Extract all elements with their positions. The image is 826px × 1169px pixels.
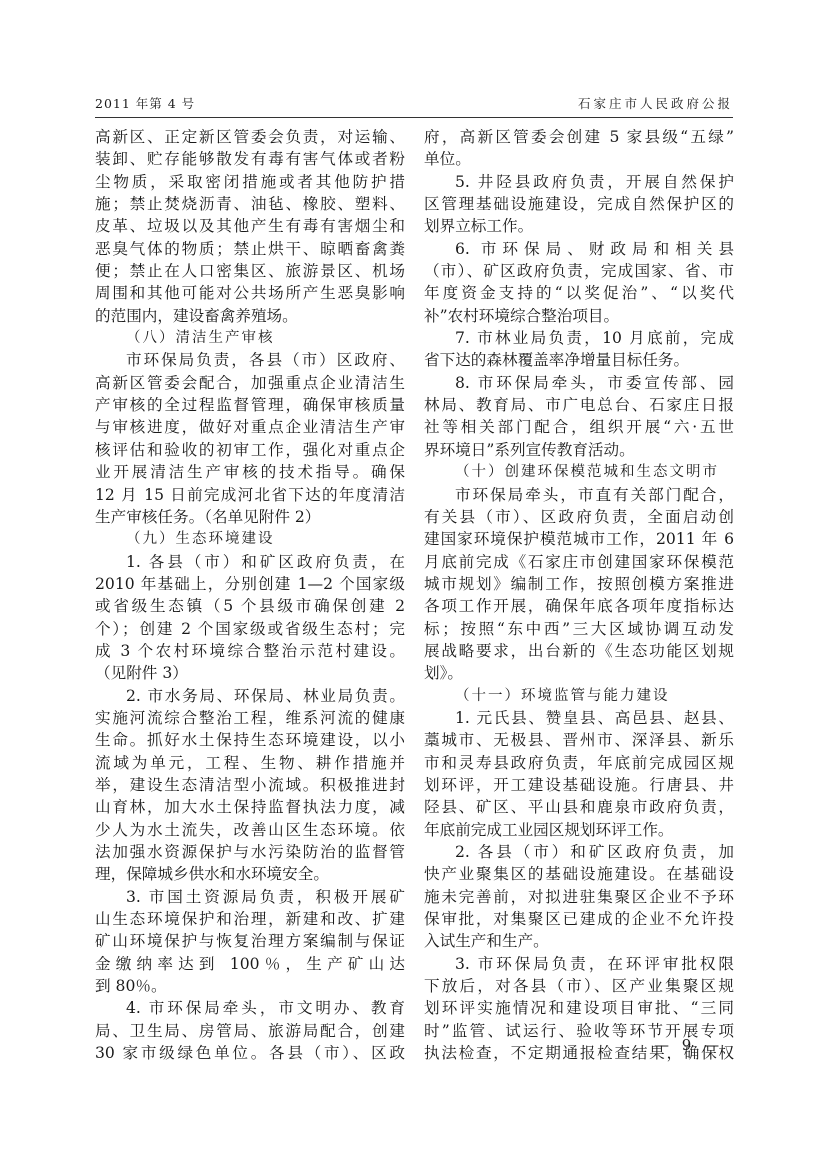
issue-label: 2011 年第 4 号	[95, 94, 195, 112]
body-text-line: 施；禁止焚烧沥青、油毡、橡胶、塑料、	[95, 193, 405, 215]
section-heading: （十）创建环保模范城和生态文明市	[424, 461, 734, 483]
body-text-line: 个）；创建 2 个国家级或省级生态村；完	[95, 618, 405, 640]
body-text-line: 府，高新区管委会创建 5 家县级“五绿”	[424, 126, 734, 148]
paragraph-start-line: 2. 各县（市）和矿区政府负责，加	[424, 841, 734, 863]
paragraph-start-line: 4. 市环保局牵头，市文明办、教育	[95, 997, 405, 1019]
section-heading: （十一）环境监管与能力建设	[424, 685, 734, 707]
paragraph-end-line: 理，保障城乡供水和水环境安全。	[95, 863, 405, 885]
paragraph-start-line: 2. 市水务局、环保局、林业局负责。	[95, 685, 405, 707]
body-text-line: 生命。抓好水土保持生态环境建设，以小	[95, 729, 405, 751]
body-text-line: 产审核的全过程监督管理，确保审核质量	[95, 394, 405, 416]
body-text-line: 金缴纳率达到 100％，生产矿山达	[95, 953, 405, 975]
body-text-line: 装卸、贮存能够散发有毒有害气体或者粉	[95, 148, 405, 170]
body-text-line: 划环评实施情况和建设项目审批、“三同	[424, 997, 734, 1019]
paragraph-start-line: 1. 各县（市）和矿区政府负责，在	[95, 551, 405, 573]
body-text-line: 或省级生态镇（5 个县级市确保创建 2	[95, 595, 405, 617]
paragraph-end-line: 到 80％。	[95, 975, 405, 997]
body-text-line: 标；按照“东中西”三大区域协调互动发	[424, 618, 734, 640]
paragraph-start-line: 市环保局牵头，市直有关部门配合，	[424, 484, 734, 506]
paragraph-start-line: 市环保局负责，各县（市）区政府、	[95, 349, 405, 371]
body-text-line: 周围和其他可能对公共场所产生恶臭影响	[95, 282, 405, 304]
body-text-line: 展战略要求，出台新的《生态功能区划规	[424, 640, 734, 662]
body-text-line: 施未完善前，对拟进驻集聚区企业不予环	[424, 886, 734, 908]
body-text-line: 月底前完成《石家庄市创建国家环保模范	[424, 551, 734, 573]
paragraph-end-line: 界环境日”系列宣传教育活动。	[424, 439, 734, 461]
body-text-line: 12 月 15 日前完成河北省下达的年度清洁	[95, 484, 405, 506]
section-heading: （九）生态环境建设	[95, 528, 405, 550]
body-text-line: 市和灵寿县政府负责，年底前完成园区规	[424, 752, 734, 774]
body-text-line: 30 家市级绿色单位。各县（市）、区政	[95, 1042, 405, 1064]
left-column: 高新区、正定新区管委会负责，对运输、装卸、贮存能够散发有毒有害气体或者粉尘物质，…	[95, 126, 405, 1064]
paragraph-end-line: 的范围内，建设畜禽养殖场。	[95, 305, 405, 327]
body-text-line: 矿山环境保护与恢复治理方案编制与保证	[95, 930, 405, 952]
body-text-line: 恶臭气体的物质；禁止烘干、晾晒畜禽粪	[95, 238, 405, 260]
page-number: — 9 —	[654, 1036, 723, 1054]
body-text-line: 高新区管委会配合，加强重点企业清洁生	[95, 372, 405, 394]
body-text-line: 便；禁止在人口密集区、旅游景区、机场	[95, 260, 405, 282]
paragraph-start-line: 6. 市环保局、财政局和相关县	[424, 238, 734, 260]
body-text-line: 社等相关部门配合，组织开展“六·五世	[424, 416, 734, 438]
body-text-line: 各项工作开展，确保年底各项年度指标达	[424, 595, 734, 617]
paragraph-start-line: 3. 市环保局负责，在环评审批权限	[424, 953, 734, 975]
body-text-line: 山育林，加大水土保持监督执法力度，减	[95, 796, 405, 818]
body-text-line: 林局、教育局、市广电总台、石家庄日报	[424, 394, 734, 416]
paragraph-end-line: 划界立标工作。	[424, 215, 734, 237]
running-header: 2011 年第 4 号 石家庄市人民政府公报	[95, 94, 733, 114]
paragraph-end-line: 年底前完成工业园区规划环评工作。	[424, 819, 734, 841]
body-text-line: 建国家环境保护模范城市工作，2011 年 6	[424, 528, 734, 550]
body-text-line: 尘物质，采取密闭措施或者其他防护措	[95, 171, 405, 193]
paragraph-end-line: 补”农村环境综合整治项目。	[424, 305, 734, 327]
body-text-line: 皮革、垃圾以及其他产生有毒有害烟尘和	[95, 215, 405, 237]
body-text-line: 陉县、矿区、平山县和鹿泉市政府负责，	[424, 796, 734, 818]
paragraph-end-line: 入试生产和生产。	[424, 930, 734, 952]
body-text-line: 区管理基础设施建设，完成自然保护区的	[424, 193, 734, 215]
paragraph-end-line: 省下达的森林覆盖率净增量目标任务。	[424, 349, 734, 371]
body-text-line: 业开展清洁生产审核的技术指导。确保	[95, 461, 405, 483]
body-text-line: 少人为水土流失，改善山区生态环境。依	[95, 819, 405, 841]
body-text-line: 高新区、正定新区管委会负责，对运输、	[95, 126, 405, 148]
right-column: 府，高新区管委会创建 5 家县级“五绿”单位。5. 井陉县政府负责，开展自然保护…	[424, 126, 734, 1064]
header-divider	[95, 117, 733, 118]
body-text-line: （市）、矿区政府负责，完成国家、省、市	[424, 260, 734, 282]
paragraph-end-line: （见附件 3）	[95, 662, 405, 684]
paragraph-start-line: 3. 市国土资源局负责，积极开展矿	[95, 886, 405, 908]
paragraph-end-line: 划》。	[424, 662, 734, 684]
body-text-line: 举，建设生态清洁型小流域。积极推进封	[95, 774, 405, 796]
paragraph-start-line: 1. 元氏县、赞皇县、高邑县、赵县、	[424, 707, 734, 729]
section-heading: （八）清洁生产审核	[95, 327, 405, 349]
body-text-line: 山生态环境保护和治理，新建和改、扩建	[95, 908, 405, 930]
body-text-line: 快产业聚集区的基础设施建设。在基础设	[424, 863, 734, 885]
body-text-line: 藁城市、无极县、晋州市、深泽县、新乐	[424, 729, 734, 751]
paragraph-end-line: 生产审核任务。（名单见附件 2）	[95, 506, 405, 528]
body-text-line: 成 3 个农村环境综合整治示范村建设。	[95, 640, 405, 662]
body-text-line: 有关县（市）、区政府负责，全面启动创	[424, 506, 734, 528]
paragraph-start-line: 7. 市林业局负责，10 月底前，完成	[424, 327, 734, 349]
body-text-line: 划环评，开工建设基础设施。行唐县、井	[424, 774, 734, 796]
body-text-line: 核评估和验收的初审工作，强化对重点企	[95, 439, 405, 461]
body-text-line: 城市规划》编制工作，按照创模方案推进	[424, 573, 734, 595]
paragraph-start-line: 8. 市环保局牵头，市委宣传部、园	[424, 372, 734, 394]
paragraph-start-line: 5. 井陉县政府负责，开展自然保护	[424, 171, 734, 193]
publication-title: 石家庄市人民政府公报	[578, 94, 733, 112]
body-text-line: 2010 年基础上，分别创建 1—2 个国家级	[95, 573, 405, 595]
body-text-line: 实施河流综合整治工程，维系河流的健康	[95, 707, 405, 729]
paragraph-end-line: 单位。	[424, 148, 734, 170]
body-text-line: 保审批，对集聚区已建成的企业不允许投	[424, 908, 734, 930]
body-text-line: 年度资金支持的“以奖促治”、“以奖代	[424, 282, 734, 304]
body-text-line: 局、卫生局、房管局、旅游局配合，创建	[95, 1020, 405, 1042]
body-text-line: 流域为单元，工程、生物、耕作措施并	[95, 752, 405, 774]
body-text-line: 法加强水资源保护与水污染防治的监督管	[95, 841, 405, 863]
body-text-line: 下放后，对各县（市）、区产业集聚区规	[424, 975, 734, 997]
body-text-line: 与审核进度，做好对重点企业清洁生产审	[95, 416, 405, 438]
